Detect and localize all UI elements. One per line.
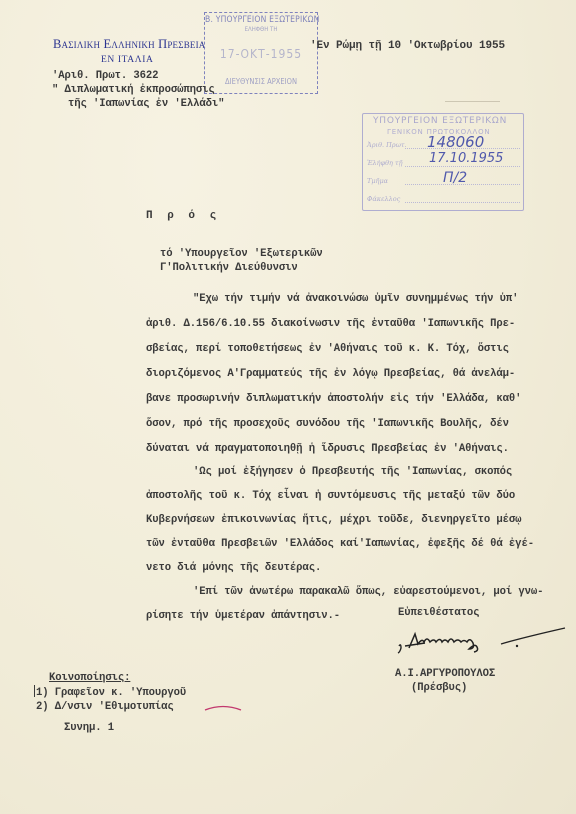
- body-line: βανε προσωρινήν διπλωματικήν ἀποστολήν ε…: [146, 393, 521, 405]
- distribution-item: 2) Δ/νσιν 'Εθιμοτυπίας: [36, 701, 174, 713]
- faint-rule: [445, 101, 500, 102]
- distribution-item: 1) Γραφεῖον κ. 'Υπουργοῦ: [36, 687, 186, 699]
- enclosure-note: Συνημ. 1: [64, 722, 114, 734]
- recipient-heading: Π ρ ό ς: [146, 210, 220, 222]
- distribution-bracket-line: [34, 685, 35, 697]
- received-stamp-date: 17-ΟΚΤ-1955: [205, 47, 317, 61]
- signatory-name: Α.Ι.ΑΡΓΥΡΟΠΟΥΛΟΣ: [395, 668, 495, 680]
- registry-field-date: Ἐλήφθη τῇ: [367, 159, 402, 167]
- body-line: "Εχω τήν τιμήν νά ἀνακοινώσω ὑμῖν συνημμ…: [193, 293, 518, 305]
- letterhead-embassy: Βασιλικη Ελληνικη Πρεσβεια: [53, 37, 206, 52]
- received-stamp-label: ΕΛΗΦΘΗ ΤΗ: [205, 26, 317, 33]
- body-line: τῶν ἐνταῦθα Πρεσβειῶν 'Ελλάδος καί'Ιαπων…: [146, 538, 534, 550]
- recipient-ministry: τό 'Υπουργεῖον 'Εξωτερικῶν: [160, 248, 323, 260]
- registry-field-label: Τμῆμα: [367, 177, 388, 185]
- body-line: ἀποστολῆς τοῦ κ. Τόχ εἶναι ἡ συντόμευσις…: [146, 490, 515, 502]
- body-line: δύναται νά πραγματοποιηθῇ ἡ ἵδρυσις Πρεσ…: [146, 443, 509, 455]
- subject-line-2: τῆς 'Ιαπωνίας ἐν 'Ελλάδι": [68, 98, 224, 110]
- signatory-title: (Πρέσβυς): [411, 682, 467, 694]
- body-line: νετο διά μόνης τῆς δευτέρας.: [146, 562, 321, 574]
- body-line: ὅσον, πρό τῆς προσεχοῦς συνόδου τῆς 'Ιαπ…: [146, 418, 509, 430]
- document-page: Βασιλικη Ελληνικη Πρεσβεια ΕΝ ΙΤΑΛΙΑ Β. …: [0, 0, 576, 814]
- registry-handwritten-number: 148060: [427, 133, 484, 151]
- registry-handwritten-section: Π/2: [443, 170, 467, 186]
- body-line: ρίσητε τήν ὑμετέραν ἀπάντησιν.-: [146, 610, 340, 622]
- registry-field-label: Φάκελλος: [367, 195, 400, 203]
- registry-stamp-header: ΥΠΟΥΡΓΕΙΟΝ ΕΞΩΤΕΡΙΚΩΝ: [373, 116, 507, 126]
- received-stamp-department: ΔΙΕΥΘΥΝΣΙΣ ΑΡΧΕΙΟΝ: [205, 77, 317, 86]
- letterhead-country: ΕΝ ΙΤΑΛΙΑ: [101, 55, 153, 65]
- registry-field-label: Ἐλήφθη τῇ: [367, 159, 402, 167]
- date-line: 'Εν Ρώμῃ τῇ 10 'Οκτωβρίου 1955: [310, 40, 505, 52]
- pen-mark-icon: [204, 704, 242, 712]
- received-stamp-ministry: Β. ΥΠΟΥΡΓΕΙΟΝ ΕΞΩΤΕΡΙΚΩΝ: [205, 15, 317, 25]
- registry-stamp: ΥΠΟΥΡΓΕΙΟΝ ΕΞΩΤΕΡΙΚΩΝ ΓΕΝΙΚΟΝ ΠΡΩΤΟΚΟΛΛΟ…: [362, 113, 524, 211]
- body-line: ἀριθ. Δ.156/6.10.55 διακοίνωσιν τῆς ἐντα…: [146, 318, 515, 330]
- subject-line-1: " Διπλωματική ἐκπροσώπησις: [52, 84, 215, 96]
- body-line: Κυβερνήσεων ἐπικοινωνίας ἥτις, μέχρι τοῦ…: [146, 514, 521, 526]
- registry-handwritten-date: 17.10.1955: [429, 151, 503, 166]
- signature-icon: [397, 626, 567, 660]
- registry-field-section: Τμῆμα: [367, 177, 388, 185]
- registry-field-number: Ἀριθ. Πρωτ.: [367, 141, 407, 149]
- body-line: σβείας, περί τοποθετήσεως ἐν 'Αθήναις το…: [146, 343, 509, 355]
- closing-salutation: Εὐπειθέστατος: [398, 607, 479, 619]
- recipient-department: Γ'Πολιτικήν Διεύθυνσιν: [160, 262, 298, 274]
- received-stamp: Β. ΥΠΟΥΡΓΕΙΟΝ ΕΞΩΤΕΡΙΚΩΝ ΕΛΗΦΘΗ ΤΗ 17-ΟΚ…: [204, 12, 318, 94]
- protocol-number: 'Αριθ. Πρωτ. 3622: [52, 70, 158, 82]
- registry-field-label: Ἀριθ. Πρωτ.: [367, 141, 407, 149]
- body-line: 'Ως μοί ἐξήγησεν ὁ Πρεσβευτής τῆς 'Ιαπων…: [193, 466, 512, 478]
- distribution-heading: Κοινοποίησις:: [49, 672, 130, 684]
- body-line: διοριζόμενος Α'Γραμματεύς τῆς ἐν λόγῳ Πρ…: [146, 368, 515, 380]
- registry-field-folder: Φάκελλος: [367, 195, 400, 203]
- body-line: 'Επί τῶν ἀνωτέρω παρακαλῶ ὅπως, εὐαρεστο…: [193, 586, 543, 598]
